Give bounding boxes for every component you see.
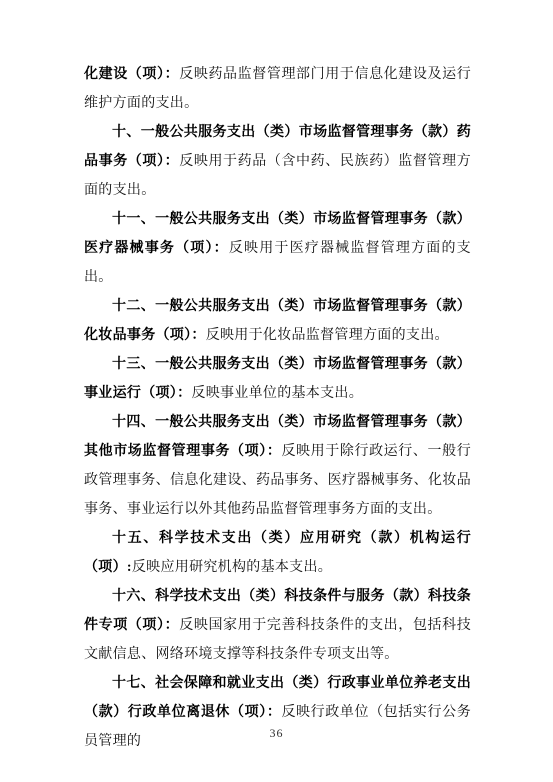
para-item-10: 十、一般公共服务支出（类）市场监督管理事务（款）药品事务（项）：反映用于药品（含… bbox=[84, 118, 471, 205]
para-item-15: 十五、科学技术支出（类）应用研究（款）机构运行（项）:反映应用研究机构的基本支出… bbox=[84, 524, 471, 582]
para-item-13: 十三、一般公共服务支出（类）市场监督管理事务（款）事业运行（项）：反映事业单位的… bbox=[84, 350, 471, 408]
page-body-text: 化建设（项）：反映药品监督管理部门用于信息化建设及运行维护方面的支出。 十、一般… bbox=[84, 60, 471, 756]
para-continuation: 化建设（项）：反映药品监督管理部门用于信息化建设及运行维护方面的支出。 bbox=[84, 60, 471, 118]
para-item-11: 十一、一般公共服务支出（类）市场监督管理事务（款）医疗器械事务（项）：反映用于医… bbox=[84, 205, 471, 292]
para-item-17: 十七、社会保障和就业支出（类）行政事业单位养老支出（款）行政单位离退休（项）：反… bbox=[84, 669, 471, 756]
para-text: 反映用于化妆品监督管理方面的支出。 bbox=[206, 328, 449, 343]
para-item-14: 十四、一般公共服务支出（类）市场监督管理事务（款）其他市场监督管理事务（项）：反… bbox=[84, 408, 471, 524]
para-item-12: 十二、一般公共服务支出（类）市场监督管理事务（款）化妆品事务（项）：反映用于化妆… bbox=[84, 292, 471, 350]
document-page: 化建设（项）：反映药品监督管理部门用于信息化建设及运行维护方面的支出。 十、一般… bbox=[0, 0, 553, 782]
para-text: 反映应用研究机构的基本支出。 bbox=[132, 560, 332, 575]
page-number: 36 bbox=[0, 726, 553, 741]
para-heading: 化建设（项）： bbox=[84, 67, 179, 82]
para-item-16: 十六、科学技术支出（类）科技条件与服务（款）科技条件专项（项）：反映国家用于完善… bbox=[84, 582, 471, 669]
para-text: 反映事业单位的基本支出。 bbox=[191, 386, 363, 401]
